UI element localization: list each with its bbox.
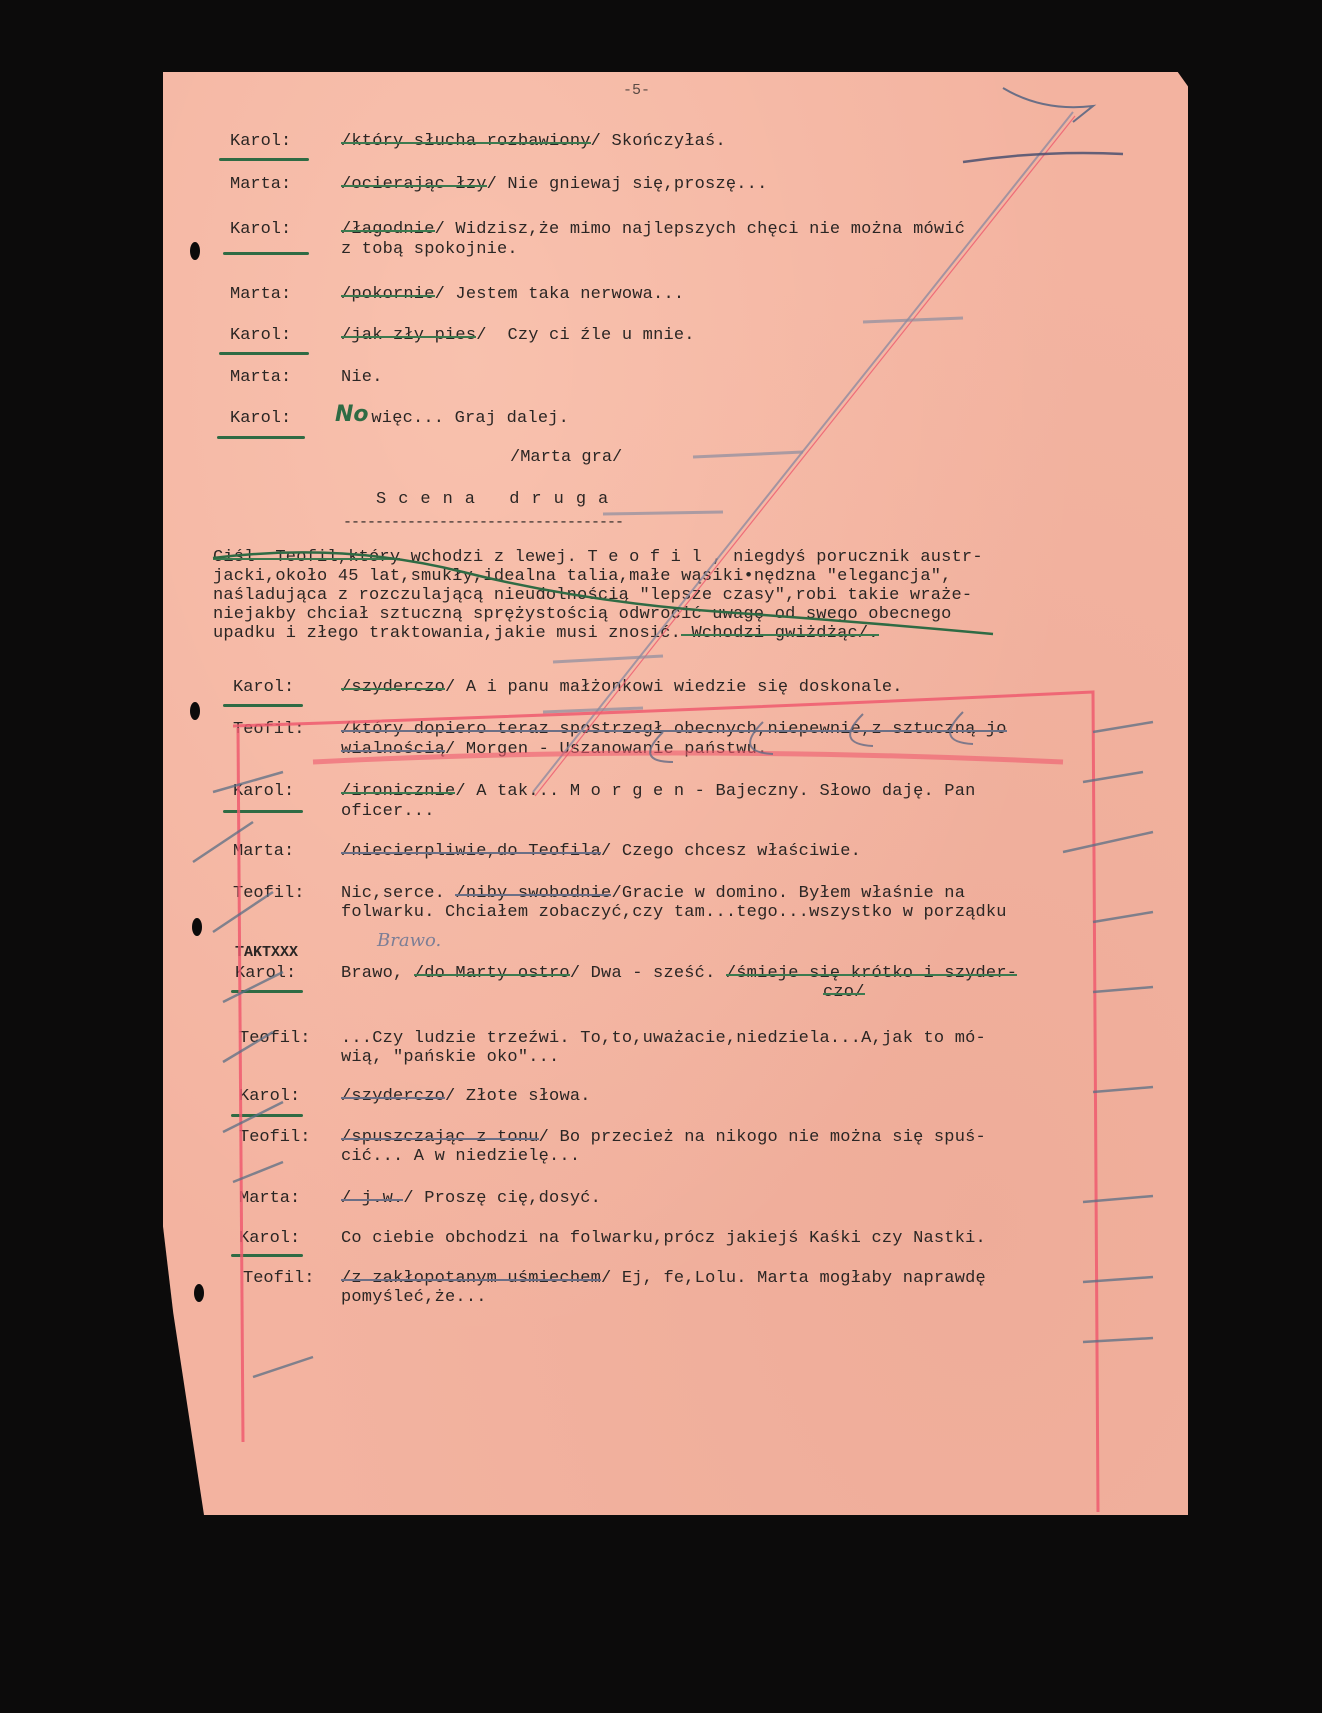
struck-text: Ciśl Teofil,który	[213, 548, 400, 567]
speaker-label: Karol:	[230, 132, 291, 151]
green-underline	[223, 810, 303, 813]
speaker-label: Karol:	[233, 782, 294, 801]
green-underline	[217, 436, 305, 439]
struck-direction: /niecierpliwie,do Teofila	[341, 842, 601, 861]
dialogue-continuation: pomyśleć,że...	[341, 1288, 487, 1307]
struck-speaker-label: TAKTXXX	[235, 944, 298, 961]
description-line: jacki,około 45 lat,smukły,idealna talia,…	[213, 567, 952, 586]
dialogue-line: Co ciebie obchodzi na folwarku,prócz jak…	[341, 1229, 986, 1248]
speaker-label: Karol:	[230, 220, 291, 239]
speaker-label: Marta:	[239, 1189, 300, 1208]
struck-direction: / j.w.	[341, 1189, 403, 1208]
speaker-label: Teofil:	[239, 1029, 310, 1048]
dialogue-line: /szyderczo/ A i panu małżonkowi wiedzie …	[341, 678, 903, 697]
speaker-label: Teofil:	[233, 884, 304, 903]
dialogue-line: /z zakłopotanym uśmiechem/ Ej, fe,Lolu. …	[341, 1269, 986, 1288]
struck-direction: /pokornie	[341, 285, 435, 304]
dialogue-line: /szyderczo/ Złote słowa.	[341, 1087, 591, 1106]
dialogue-line: ...Czy ludzie trzeźwi. To,to,uważacie,ni…	[341, 1029, 986, 1048]
dialogue-line: /spuszczając z tonu/ Bo przecież na niko…	[341, 1128, 986, 1147]
stage-direction: /Marta gra/	[510, 448, 622, 467]
green-underline	[223, 704, 303, 707]
dialogue-line: Brawo, /do Marty ostro/ Dwa - sześć. /śm…	[341, 964, 1017, 983]
dialogue-line: więc... Graj dalej.	[361, 409, 569, 428]
green-underline	[231, 1254, 303, 1257]
dialogue-continuation: wialnością/ Morgen - Uszanowanie państwu…	[341, 740, 767, 759]
speaker-label: Karol:	[239, 1229, 300, 1248]
dialogue-line: Nic,serce. /niby swobodnie/Gracie w domi…	[341, 884, 965, 903]
dialogue-continuation: z tobą spokojnie.	[341, 240, 518, 259]
green-underline	[223, 252, 309, 255]
dialogue-line: / j.w./ Proszę cię,dosyć.	[341, 1189, 601, 1208]
speaker-label: Marta:	[233, 842, 294, 861]
dialogue-line: /który słucha rozbawiony/ Skończyłaś.	[341, 132, 726, 151]
struck-direction: /śmieje się krótko i szyder-	[726, 964, 1017, 983]
dialogue-line: /który dopiero teraz spostrzegł obecnych…	[341, 720, 1007, 739]
speaker-label: Karol:	[230, 409, 291, 428]
struck-direction: /który słucha rozbawiony	[341, 132, 591, 151]
description-line: Ciśl Teofil,który wchodzi z lewej. T e o…	[213, 548, 983, 567]
punch-hole	[192, 918, 202, 936]
scene-rule: -----------------------------------	[343, 514, 623, 531]
dialogue-line: /ironicznie/ A tak... M o r g e n - Baje…	[341, 782, 976, 801]
handwritten-note: Brawo.	[377, 930, 441, 951]
green-underline	[231, 990, 303, 993]
struck-direction: /ironicznie	[341, 782, 455, 801]
speaker-label: Marta:	[230, 175, 291, 194]
dialogue-continuation: oficer...	[341, 802, 435, 821]
dialogue-continuation: czo/	[823, 983, 865, 1002]
scene-title: Scena druga	[376, 490, 620, 509]
speaker-label: Teofil:	[239, 1128, 310, 1147]
punch-hole	[190, 702, 200, 720]
struck-direction: /łagodnie	[341, 220, 435, 239]
dialogue-line: Nie.	[341, 368, 383, 387]
dialogue-continuation: cić... A w niedzielę...	[341, 1147, 580, 1166]
struck-direction: /jak zły pies	[341, 326, 476, 345]
dialogue-line: /pokornie/ Jestem taka nerwowa...	[341, 285, 684, 304]
speaker-label: Karol:	[233, 678, 294, 697]
dialogue-continuation: wią, "pańskie oko"...	[341, 1048, 559, 1067]
struck-text: Wchodzi gwiżdżąc/.	[681, 624, 879, 643]
speaker-label: Teofil:	[233, 720, 304, 739]
struck-direction: /szyderczo	[341, 1087, 445, 1106]
struck-direction: /szyderczo	[341, 678, 445, 697]
struck-direction: /do Marty ostro	[414, 964, 570, 983]
struck-direction: /spuszczając z tonu	[341, 1128, 539, 1147]
dialogue-line: /łagodnie/ Widzisz,że mimo najlepszych c…	[341, 220, 965, 239]
dialogue-continuation: folwarku. Chciałem zobaczyć,czy tam...te…	[341, 903, 1007, 922]
speaker-label: Teofil:	[243, 1269, 314, 1288]
speaker-label: Karol:	[239, 1087, 300, 1106]
struck-direction: /niby swobodnie	[455, 884, 611, 903]
green-underline	[231, 1114, 303, 1117]
speaker-label: Marta:	[230, 285, 291, 304]
punch-hole	[194, 1284, 204, 1302]
dialogue-line: /jak zły pies/ Czy ci źle u mnie.	[341, 326, 695, 345]
page-number: -5-	[623, 82, 650, 99]
speaker-label: Marta:	[230, 368, 291, 387]
description-line: niejakby chciał sztuczną sprężystością o…	[213, 605, 952, 624]
typescript-page: -5- Karol: /który słucha rozbawiony/ Sko…	[163, 72, 1188, 1515]
dialogue-line: /niecierpliwie,do Teofila/ Czego chcesz …	[341, 842, 861, 861]
green-underline	[219, 158, 309, 161]
struck-direction: /który dopiero teraz spostrzegł obecnych…	[341, 720, 1007, 739]
dialogue-line: /ocierając łzy/ Nie gniewaj się,proszę..…	[341, 175, 767, 194]
speaker-label: Karol:	[230, 326, 291, 345]
punch-hole	[190, 242, 200, 260]
description-line: naśladująca z rozczulającą nieudolnością…	[213, 586, 972, 605]
green-underline	[219, 352, 309, 355]
struck-direction: /z zakłopotanym uśmiechem	[341, 1269, 601, 1288]
description-line: upadku i złego traktowania,jakie musi zn…	[213, 624, 879, 643]
struck-direction: /ocierając łzy	[341, 175, 487, 194]
speaker-label: Karol:	[235, 964, 296, 983]
